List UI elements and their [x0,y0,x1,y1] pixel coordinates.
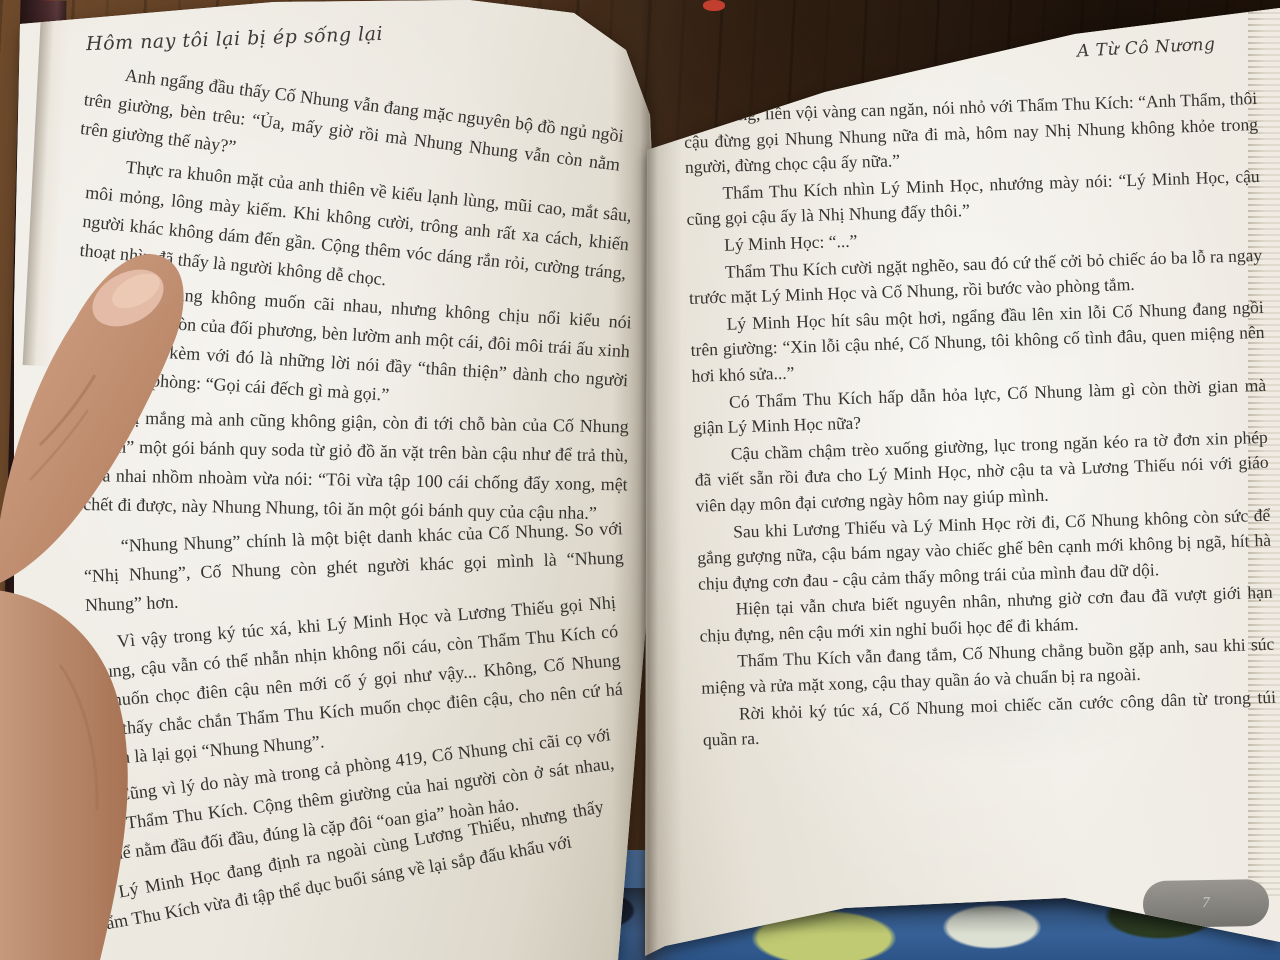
book-photo-scene: Hôm nay tôi lại bị ép sống lại Anh ngẩng… [0,0,1280,960]
right-page-text: Cố Nhung, liền vội vàng can ngăn, nói nh… [683,86,1277,755]
palm [0,590,128,960]
red-background-mark [703,0,725,11]
page-number: 7 [1202,895,1210,912]
hand-holding-book [0,195,230,960]
running-header-right: A Từ Cô Nương [1077,34,1216,61]
right-page: A Từ Cô Nương Cố Nhung, liền vội vàng ca… [645,0,1280,960]
